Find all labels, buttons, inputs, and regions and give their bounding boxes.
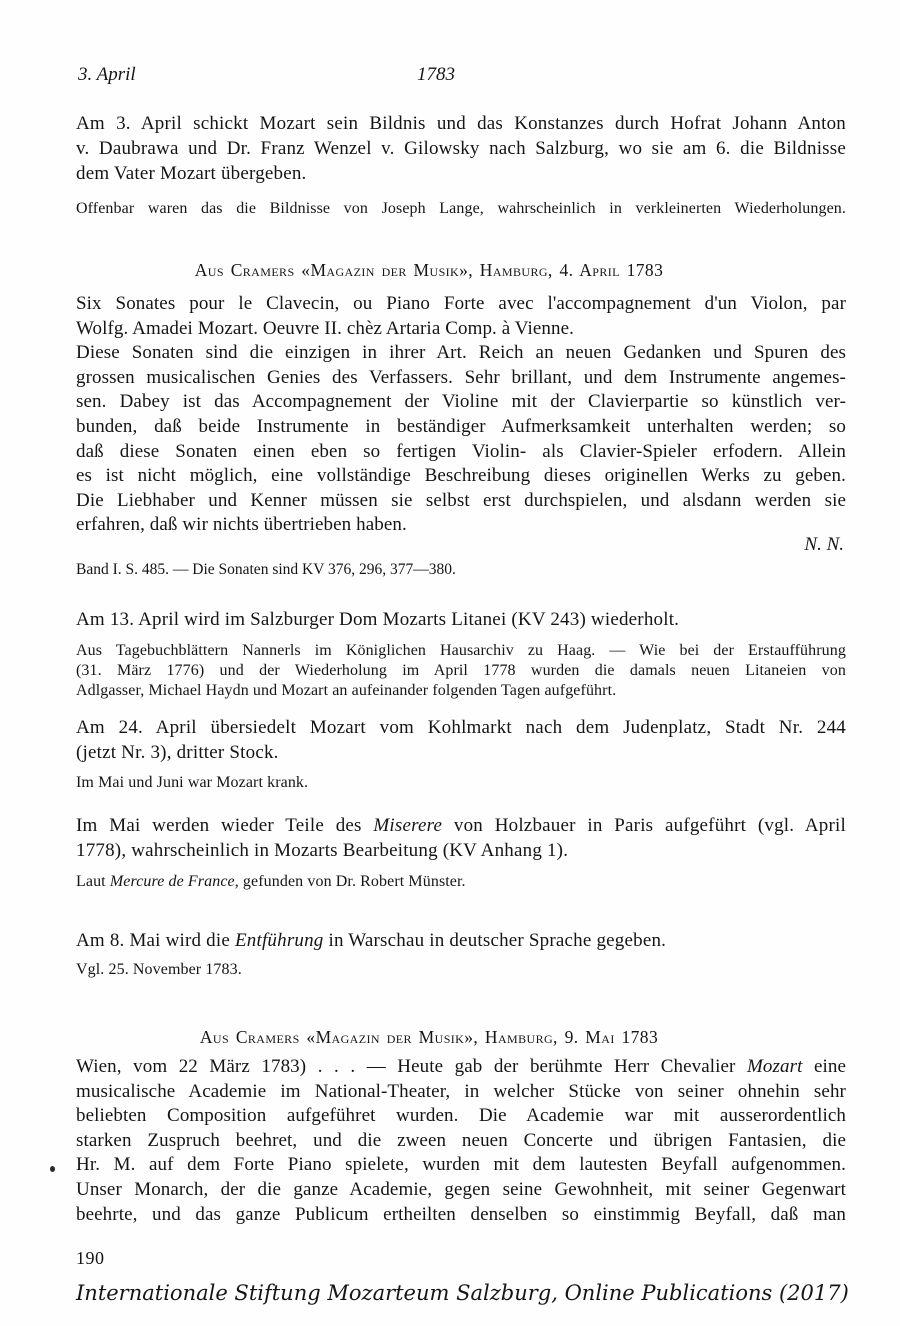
editor-note-litanei-lastline: Adlgasser, Michael Haydn und Mozart an a… <box>76 681 846 701</box>
entry-april-24: Am 24. April übersiedelt Mozart vom Kohl… <box>76 715 846 765</box>
editor-note-november: Vgl. 25. November 1783. <box>76 960 846 980</box>
entry-miserere-pre: Im Mai werden wieder Teile des <box>76 815 373 836</box>
quote-sonatas-review-body: Diese Sonaten sind die einzigen in ihrer… <box>76 341 846 513</box>
quote-academie-body: Wien, vom 22 März 1783) . . . — Heute ga… <box>76 1055 846 1227</box>
quote-sonatas-title-body: Six Sonates pour le Clavecin, ou Piano F… <box>76 292 846 317</box>
source-heading-magazin-mai: Aus Cramers «Magazin der Musik», Hamburg… <box>76 1025 782 1050</box>
entry-miserere-worktitle: Miserere <box>373 815 442 836</box>
quote-academie-post: eine musicalische Academie im National-T… <box>76 1056 846 1225</box>
entry-entfuehrung-worktitle: Entführung <box>235 930 324 951</box>
entry-miserere-lastline: 1778), wahrscheinlich in Mozarts Bearbei… <box>76 838 846 863</box>
entry-april-3-body: Am 3. April schickt Mozart sein Bildnis … <box>76 111 846 161</box>
editor-note-mercure: Laut Mercure de France, gefunden von Dr.… <box>76 872 846 892</box>
entry-entfuehrung: Am 8. Mai wird die Entführung in Warscha… <box>76 928 846 953</box>
entry-april-3: Am 3. April schickt Mozart sein Bildnis … <box>76 111 846 186</box>
entry-miserere: Im Mai werden wieder Teile des Miserere … <box>76 813 846 863</box>
running-head-year: 1783 <box>76 64 796 86</box>
entry-entfuehrung-post: in Warschau in deutscher Sprache gegeben… <box>324 930 667 951</box>
quote-sonatas-title: Six Sonates pour le Clavecin, ou Piano F… <box>76 292 846 341</box>
editor-note-mercure-pre: Laut <box>76 873 110 890</box>
stray-ink-dot <box>50 1166 55 1172</box>
entry-april-24-body: Am 24. April übersiedelt Mozart vom Kohl… <box>76 715 846 740</box>
running-head: 3. April 1783 <box>76 64 846 89</box>
source-heading-magazin-april: Aus Cramers «Magazin der Musik», Hamburg… <box>76 258 782 283</box>
page-number: 190 <box>76 1247 846 1269</box>
entry-april-13: Am 13. April wird im Salzburger Dom Moza… <box>76 607 846 632</box>
editor-note-illness: Im Mai und Juni war Mozart krank. <box>76 773 846 793</box>
editor-note-mercure-journal: Mercure de France <box>110 873 235 890</box>
quote-sonatas-review: Diese Sonaten sind die einzigen in ihrer… <box>76 341 846 538</box>
footnote-band: Band I. S. 485. — Die Sonaten sind KV 37… <box>76 560 846 580</box>
editor-note-litanei: Aus Tagebuchblättern Nannerls im Königli… <box>76 641 846 701</box>
publisher-footer: Internationale Stiftung Mozarteum Salzbu… <box>76 1279 796 1307</box>
scanned-book-page: 3. April 1783 Am 3. April schickt Mozart… <box>0 0 900 1326</box>
editor-note-litanei-body: Aus Tagebuchblättern Nannerls im Königli… <box>76 641 846 681</box>
entry-april-3-lastline: dem Vater Mozart übergeben. <box>76 161 846 186</box>
entry-miserere-rest: von Holzbauer in Paris aufgeführt (vgl. … <box>442 815 846 836</box>
quote-sonatas-title-lastline: Wolfg. Amadei Mozart. Oeuvre II. chèz Ar… <box>76 317 846 342</box>
quote-academie-name: Mozart <box>747 1056 803 1077</box>
editor-note-mercure-post: , gefunden von Dr. Robert Münster. <box>235 873 466 890</box>
text-column: 3. April 1783 Am 3. April schickt Mozart… <box>76 0 846 1307</box>
entry-april-24-lastline: (jetzt Nr. 3), dritter Stock. <box>76 740 846 765</box>
editor-note-portraits: Offenbar waren das die Bildnisse von Jos… <box>76 198 846 219</box>
quote-academie: Wien, vom 22 März 1783) . . . — Heute ga… <box>76 1055 846 1227</box>
entry-miserere-firstline: Im Mai werden wieder Teile des Miserere … <box>76 813 846 838</box>
quote-academie-pre: Wien, vom 22 März 1783) . . . — Heute ga… <box>76 1056 747 1077</box>
entry-entfuehrung-pre: Am 8. Mai wird die <box>76 930 235 951</box>
